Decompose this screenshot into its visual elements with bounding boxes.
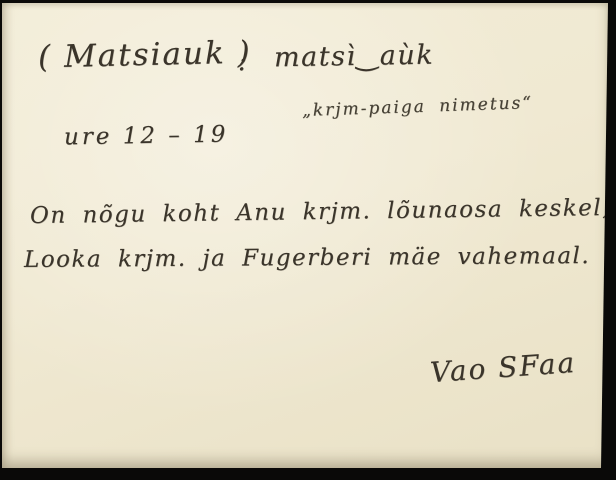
collector-signature: Vao SFaa: [429, 346, 577, 389]
title-colon-separator: :: [238, 47, 247, 77]
phonetic-transcription: matsì‿aùk: [274, 40, 435, 74]
archive-card: ( Matsiauk ) : matsì‿aùk „krjm-paiga nim…: [2, 3, 608, 468]
body-text-line: On nõgu koht Anu krjm. lõunaosa keskel,: [30, 195, 611, 229]
scanned-card-image: ( Matsiauk ) : matsì‿aùk „krjm-paiga nim…: [0, 0, 616, 480]
usage-annotation: „krjm-paiga nimetus“: [302, 93, 534, 121]
body-text-line: Looka krjm. ja Fugerberi mäe vahemaal.: [24, 243, 590, 273]
card-title-bracketed: ( Matsiauk ): [38, 35, 252, 76]
reference-number: ure 12 – 19: [64, 122, 229, 151]
